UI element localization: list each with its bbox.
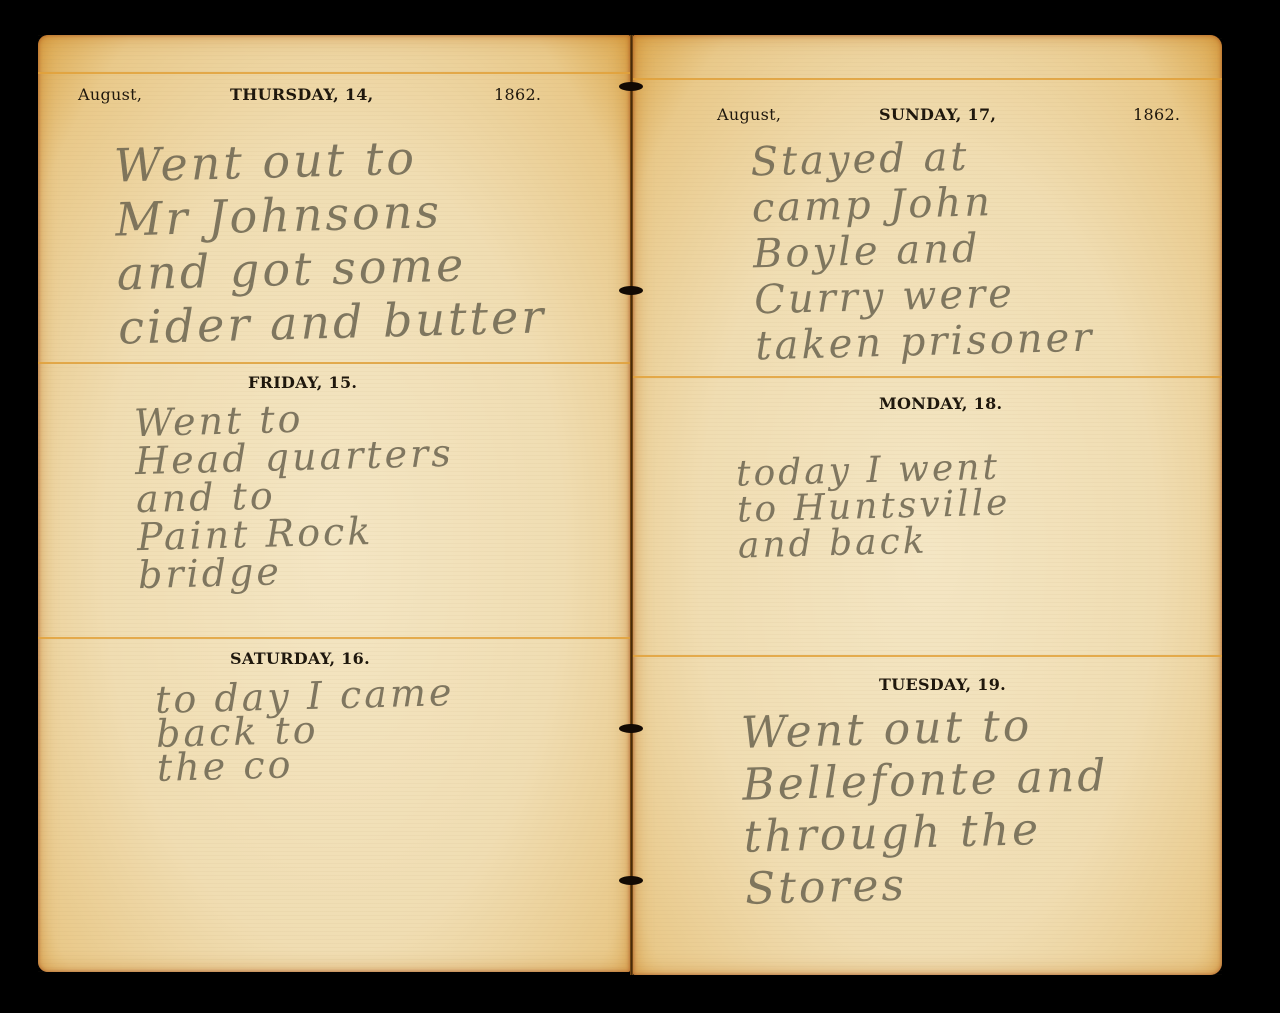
month-label: August,: [78, 85, 142, 104]
year-label: 1862.: [494, 85, 541, 104]
entry-divider: [633, 655, 1222, 657]
binding-stitch: [619, 876, 643, 885]
entry-saturday-handwriting: to day I came back to the co: [155, 675, 457, 785]
day-heading-saturday: SATURDAY, 16.: [230, 649, 370, 668]
header-rule: [38, 72, 630, 74]
day-heading-friday: FRIDAY, 15.: [248, 373, 357, 392]
entry-divider: [633, 376, 1222, 378]
entry-friday-handwriting: Went to Head quarters and to Paint Rock …: [134, 396, 458, 594]
diary-page-right: August, SUNDAY, 17, 1862. Stayed at camp…: [633, 35, 1222, 975]
entry-thursday-handwriting: Went out to Mr Johnsons and got some cid…: [113, 127, 547, 354]
book-spine: [630, 35, 633, 975]
binding-stitch: [619, 82, 643, 91]
day-heading-monday: MONDAY, 18.: [879, 394, 1002, 413]
month-label: August,: [717, 105, 781, 124]
day-heading-tuesday: TUESDAY, 19.: [879, 675, 1006, 694]
entry-sunday-handwriting: Stayed at camp John Boyle and Curry were…: [750, 131, 1095, 370]
day-heading-thursday: THURSDAY, 14,: [230, 85, 374, 104]
binding-stitch: [619, 724, 643, 733]
entry-monday-handwriting: today I went to Huntsville and back: [736, 449, 1012, 564]
year-label: 1862.: [1133, 105, 1180, 124]
binding-stitch: [619, 286, 643, 295]
header-rule: [633, 78, 1222, 80]
entry-divider: [38, 637, 630, 639]
diary-page-left: August, THURSDAY, 14, 1862. Went out to …: [38, 35, 630, 972]
day-heading-sunday: SUNDAY, 17,: [879, 105, 996, 124]
entry-tuesday-handwriting: Went out to Bellefonte and through the S…: [740, 698, 1111, 916]
entry-divider: [38, 362, 630, 364]
